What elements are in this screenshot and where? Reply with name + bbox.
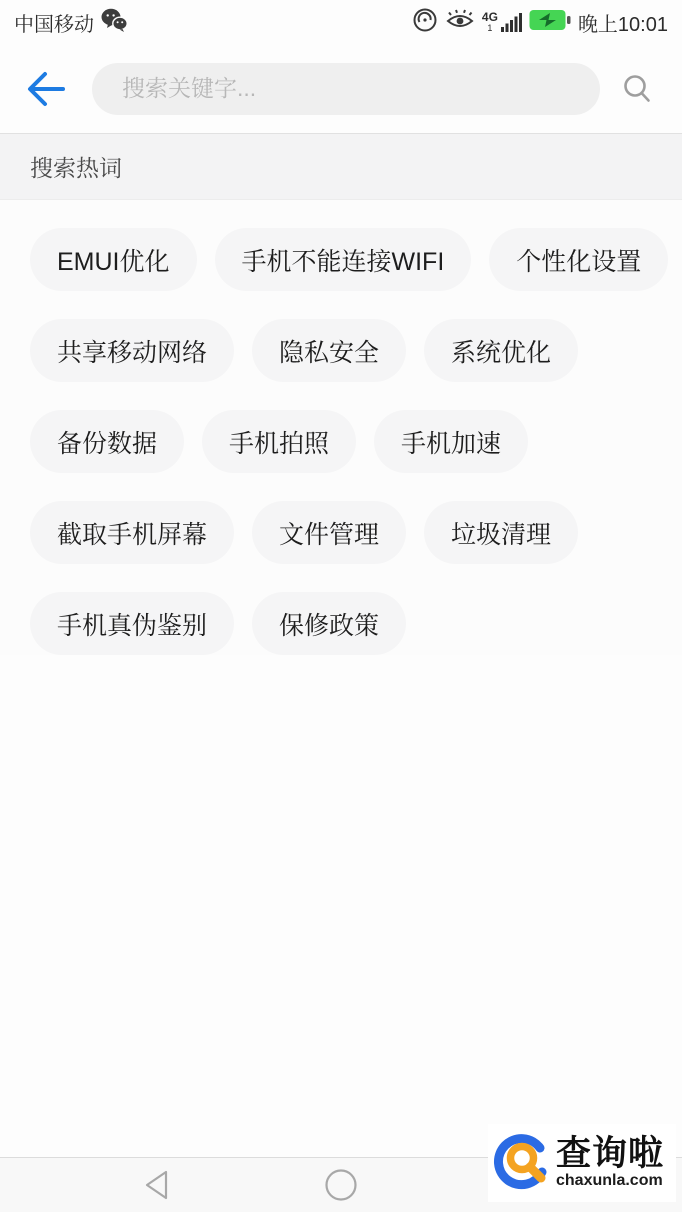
nav-home-button[interactable] [311, 1163, 371, 1207]
hot-word-chip[interactable]: 截取手机屏幕 [30, 501, 234, 564]
hot-word-chip[interactable]: 文件管理 [252, 501, 406, 564]
search-input[interactable] [122, 75, 570, 102]
watermark-texts: 查询啦 chaxunla.com [556, 1136, 664, 1191]
watermark: 查询啦 chaxunla.com [488, 1124, 676, 1202]
hot-word-chip[interactable]: 隐私安全 [252, 319, 406, 382]
status-bar-left: 中国移动 [14, 8, 128, 37]
chip-row: 共享移动网络 隐私安全 系统优化 [30, 319, 652, 382]
carrier-label: 中国移动 [14, 8, 94, 37]
watermark-name: 查询啦 [556, 1136, 664, 1173]
sim-slot-label: 1 [487, 24, 492, 33]
hot-word-chip[interactable]: 手机真伪鉴别 [30, 592, 234, 655]
hot-words-list: EMUI优化 手机不能连接WIFI 个性化设置 共享移动网络 隐私安全 系统优化… [0, 200, 682, 655]
hot-word-chip[interactable]: 个性化设置 [489, 228, 668, 291]
clock-label: 晚上10:01 [578, 8, 668, 37]
search-icon[interactable] [616, 68, 658, 110]
watermark-domain: chaxunla.com [556, 1172, 664, 1190]
hot-word-chip[interactable]: 手机加速 [374, 410, 528, 473]
hot-word-chip[interactable]: 手机拍照 [202, 410, 356, 473]
hot-word-chip[interactable]: EMUI优化 [30, 228, 197, 291]
chip-row: 手机真伪鉴别 保修政策 [30, 592, 652, 655]
battery-charging-icon [529, 9, 571, 36]
status-bar-right: 4G 1 晚上10:01 [412, 7, 668, 38]
search-input-container[interactable] [92, 63, 600, 115]
hot-word-chip[interactable]: 共享移动网络 [30, 319, 234, 382]
section-title: 搜索热词 [30, 150, 122, 183]
hotspot-icon [412, 7, 438, 38]
hot-word-chip[interactable]: 系统优化 [424, 319, 578, 382]
chaxunla-logo-icon [488, 1128, 554, 1199]
signal-icon: 4G 1 [482, 11, 522, 33]
hot-word-chip[interactable]: 手机不能连接WIFI [215, 228, 472, 291]
chip-row: 截取手机屏幕 文件管理 垃圾清理 [30, 501, 652, 564]
nav-back-button[interactable] [126, 1163, 186, 1207]
search-header [0, 44, 682, 133]
status-bar: 中国移动 [0, 0, 682, 44]
eye-comfort-icon [445, 8, 475, 37]
hot-word-chip[interactable]: 备份数据 [30, 410, 184, 473]
hot-word-chip[interactable]: 保修政策 [252, 592, 406, 655]
hot-word-chip[interactable]: 垃圾清理 [424, 501, 578, 564]
chip-row: 备份数据 手机拍照 手机加速 [30, 410, 652, 473]
screen: 中国移动 [0, 0, 682, 1212]
section-band: 搜索热词 [0, 133, 682, 200]
wechat-icon [101, 8, 128, 37]
back-button[interactable] [24, 67, 68, 111]
network-type-label: 4G [482, 11, 498, 23]
chip-row: EMUI优化 手机不能连接WIFI 个性化设置 [30, 228, 652, 291]
